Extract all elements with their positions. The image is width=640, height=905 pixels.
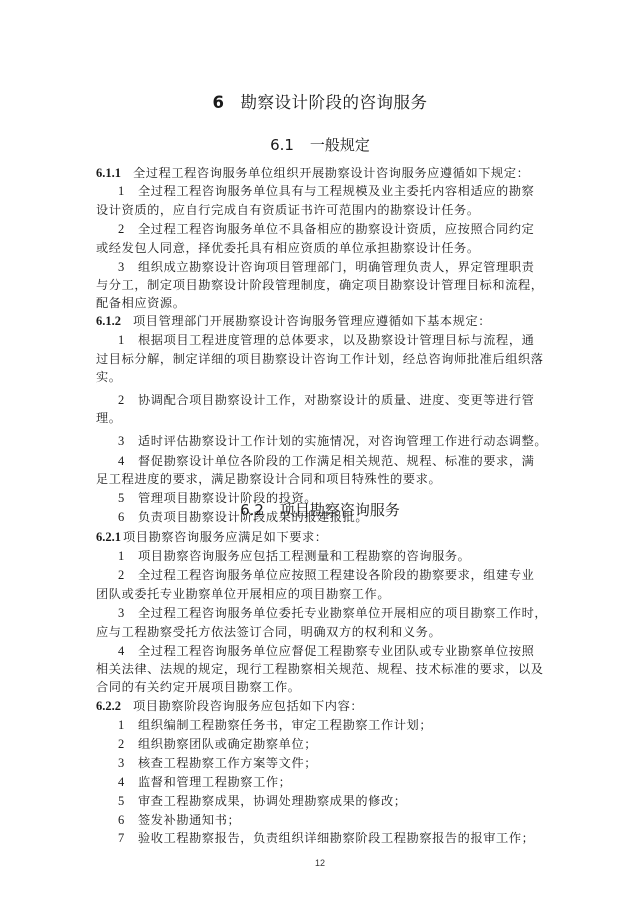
item-number: 2	[118, 391, 138, 409]
item-text: 组织勘察团队或确定勘察单位；	[138, 737, 317, 751]
list-item-continuation: 配备相应资源。	[96, 294, 546, 312]
item-text: 全过程工程咨询服务单位具有与工程规模及业主委托内容相适应的勘察	[138, 184, 534, 198]
clause-text: 项目管理部门开展勘察设计咨询服务管理应遵循如下基本规定：	[133, 314, 491, 328]
item-text: 根据项目工程进度管理的总体要求，以及勘察设计管理目标与流程，通	[138, 333, 534, 347]
item-text: 协调配合项目勘察设计工作，对勘察设计的质量、进度、变更等进行管	[138, 393, 534, 407]
list-item: 3适时评估勘察设计工作计划的实施情况，对咨询管理工作进行动态调整。	[118, 432, 546, 450]
item-text: 签发补勘通知书；	[138, 813, 240, 827]
clause-6-1-2: 6.1.2项目管理部门开展勘察设计咨询服务管理应遵循如下基本规定：	[96, 312, 546, 330]
item-number: 1	[118, 716, 138, 734]
list-item: 6签发补勘通知书；	[118, 811, 546, 829]
chapter-number: 6	[213, 93, 225, 112]
list-item-continuation: 或经发包人同意，择优委托具有相应资质的单位承担勘察设计任务。	[96, 239, 546, 257]
list-item: 3组织成立勘察设计咨询项目管理部门，明确管理负责人，界定管理职责	[118, 258, 546, 276]
list-item: 2组织勘察团队或确定勘察单位；	[118, 735, 546, 753]
list-item-continuation: 过目标分解，制定详细的项目勘察设计咨询工作计划，经总咨询师批准后组织落	[96, 350, 546, 368]
list-item: 7验收工程勘察报告，负责组织详细勘察阶段工程勘察报告的报审工作；	[118, 829, 546, 847]
list-item-continuation: 相关法律、法规的规定，现行工程勘察相关规范、规程、技术标准的要求，以及	[96, 660, 546, 678]
list-item-continuation: 与分工，制定项目勘察设计阶段管理制度，确定项目勘察设计管理目标和流程，	[96, 276, 546, 294]
clause-number: 6.1.1	[96, 166, 121, 180]
page-number: 12	[0, 858, 640, 868]
item-number: 1	[118, 547, 138, 565]
section-title-6-1: 6.1一般规定	[0, 134, 640, 155]
clause-number: 6.2.1	[96, 530, 121, 544]
item-number: 1	[118, 182, 138, 200]
list-item: 3核查工程勘察工作方案等文件；	[118, 754, 546, 772]
item-text: 全过程工程咨询服务单位不具备相应的勘察设计资质，应按照合同约定	[138, 222, 534, 236]
item-number: 2	[118, 220, 138, 238]
document-page: 6勘察设计阶段的咨询服务 6.1一般规定 6.1.1全过程工程咨询服务单位组织开…	[0, 0, 640, 905]
item-number: 4	[118, 773, 138, 791]
item-number: 2	[118, 735, 138, 753]
item-number: 3	[118, 258, 138, 276]
list-item: 1组织编制工程勘察任务书，审定工程勘察工作计划；	[118, 716, 546, 734]
item-text: 组织成立勘察设计咨询项目管理部门，明确管理负责人，界定管理职责	[138, 260, 534, 274]
chapter-title: 6勘察设计阶段的咨询服务	[0, 89, 640, 113]
list-item: 2协调配合项目勘察设计工作，对勘察设计的质量、进度、变更等进行管	[118, 391, 546, 409]
chapter-title-text: 勘察设计阶段的咨询服务	[240, 93, 427, 112]
list-item: 5审查工程勘察成果，协调处理勘察成果的修改；	[118, 792, 546, 810]
item-number: 3	[118, 754, 138, 772]
clause-text: 项目勘察咨询服务应满足如下要求：	[123, 530, 328, 544]
item-text: 审查工程勘察成果，协调处理勘察成果的修改；	[138, 794, 407, 808]
clause-number: 6.2.2	[96, 699, 121, 713]
item-text: 适时评估勘察设计工作计划的实施情况，对咨询管理工作进行动态调整。	[138, 434, 547, 448]
list-item: 4监督和管理工程勘察工作；	[118, 773, 546, 791]
section-title-text: 项目勘察咨询服务	[280, 501, 400, 519]
list-item-continuation: 设计资质的，应自行完成自有资质证书许可范围内的勘察设计任务。	[96, 201, 546, 219]
list-item-continuation: 实。	[96, 368, 546, 386]
item-number: 5	[118, 792, 138, 810]
list-item: 4督促勘察设计单位各阶段的工作满足相关规范、规程、标准的要求，满	[118, 452, 546, 470]
section-number: 6.2	[240, 501, 264, 519]
list-item: 3全过程工程咨询服务单位委托专业勘察单位开展相应的项目勘察工作时，	[118, 604, 546, 622]
list-item-continuation: 理。	[96, 409, 546, 427]
section-title-6-2: 6.2项目勘察咨询服务	[0, 499, 640, 520]
clause-text: 全过程工程咨询服务单位组织开展勘察设计咨询服务应遵循如下规定：	[133, 166, 529, 180]
clause-6-2-2: 6.2.2项目勘察阶段咨询服务应包括如下内容：	[96, 697, 546, 715]
item-text: 全过程工程咨询服务单位应按照工程建设各阶段的勘察要求，组建专业	[138, 568, 534, 582]
item-number: 3	[118, 432, 138, 450]
section-number: 6.1	[270, 136, 294, 154]
list-item-continuation: 合同的有关约定开展项目勘察工作。	[96, 678, 546, 696]
item-number: 3	[118, 604, 138, 622]
section-title-text: 一般规定	[310, 136, 370, 154]
list-item: 2全过程工程咨询服务单位不具备相应的勘察设计资质，应按照合同约定	[118, 220, 546, 238]
list-item: 4全过程工程咨询服务单位应督促工程勘察专业团队或专业勘察单位按照	[118, 642, 546, 660]
clause-6-2-1: 6.2.1项目勘察咨询服务应满足如下要求：	[96, 528, 546, 546]
item-text: 项目勘察咨询服务应包括工程测量和工程勘察的咨询服务。	[138, 549, 470, 563]
item-text: 监督和管理工程勘察工作；	[138, 775, 291, 789]
item-number: 1	[118, 331, 138, 349]
item-number: 4	[118, 642, 138, 660]
clause-6-1-1: 6.1.1全过程工程咨询服务单位组织开展勘察设计咨询服务应遵循如下规定：	[96, 164, 546, 182]
list-item: 1根据项目工程进度管理的总体要求，以及勘察设计管理目标与流程，通	[118, 331, 546, 349]
list-item-continuation: 团队或委托专业勘察单位开展相应的项目勘察工作。	[96, 585, 546, 603]
clause-number: 6.1.2	[96, 314, 121, 328]
item-text: 组织编制工程勘察任务书，审定工程勘察工作计划；	[138, 718, 432, 732]
item-text: 核查工程勘察工作方案等文件；	[138, 756, 317, 770]
item-number: 6	[118, 811, 138, 829]
list-item: 2全过程工程咨询服务单位应按照工程建设各阶段的勘察要求，组建专业	[118, 566, 546, 584]
item-number: 2	[118, 566, 138, 584]
item-number: 7	[118, 829, 138, 847]
item-text: 全过程工程咨询服务单位委托专业勘察单位开展相应的项目勘察工作时，	[138, 606, 547, 620]
item-number: 4	[118, 452, 138, 470]
item-text: 验收工程勘察报告，负责组织详细勘察阶段工程勘察报告的报审工作；	[138, 831, 534, 845]
item-text: 督促勘察设计单位各阶段的工作满足相关规范、规程、标准的要求，满	[138, 454, 534, 468]
clause-text: 项目勘察阶段咨询服务应包括如下内容：	[133, 699, 363, 713]
list-item-continuation: 应与工程勘察受托方依法签订合同，明确双方的权利和义务。	[96, 623, 546, 641]
item-text: 全过程工程咨询服务单位应督促工程勘察专业团队或专业勘察单位按照	[138, 644, 534, 658]
list-item-continuation: 足工程进度的要求，满足勘察设计合同和项目特殊性的要求。	[96, 470, 546, 488]
list-item: 1项目勘察咨询服务应包括工程测量和工程勘察的咨询服务。	[118, 547, 546, 565]
list-item: 1全过程工程咨询服务单位具有与工程规模及业主委托内容相适应的勘察	[118, 182, 546, 200]
